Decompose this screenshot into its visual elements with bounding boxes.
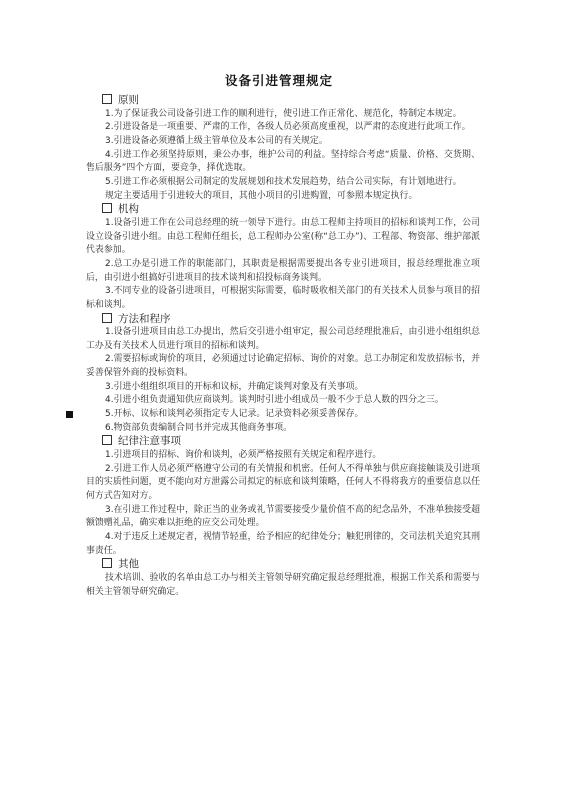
paragraph: 2.引进工作人员必须严格遵守公司的有关情报和机密。任何人不得单独与供应商接触谈及… <box>86 463 480 504</box>
checkbox-icon <box>102 203 112 213</box>
document-page: 设备引进管理规定 原则 1.为了保证我公司设备引进工作的顺利进行，使引进工作正常… <box>86 68 480 599</box>
paragraph: 3.引进小组组织项目的开标和议标，并确定谈判对象及有关事项。 <box>86 381 480 395</box>
section-methods: 方法和程序 1.设备引进项目由总工办提出，然后交引进小组审定，报公司总经理批准后… <box>86 313 480 436</box>
paragraph: 1.设备引进项目由总工办提出，然后交引进小组审定，报公司总经理批准后，由引进小组… <box>86 326 480 353</box>
paragraph: 6.物资部负责编制合同书并完成其他商务事项。 <box>86 422 480 436</box>
section-heading-text: 机构 <box>118 203 139 215</box>
section-discipline: 纪律注意事项 1.引进项目的招标、询价和谈判，必须严格按照有关规定和程序进行。 … <box>86 435 480 558</box>
section-heading-text: 纪律注意事项 <box>118 435 181 447</box>
checkbox-icon <box>102 313 112 323</box>
section-heading-text: 其他 <box>118 558 139 570</box>
paragraph: 1.引进项目的招标、询价和谈判，必须严格按照有关规定和程序进行。 <box>86 449 480 463</box>
section-heading-text: 方法和程序 <box>118 313 171 325</box>
paragraph: 5.引进工作必须根据公司制定的发展规划和技术发展趋势，结合公司实际，有计划地进行… <box>86 176 480 190</box>
section-heading: 其他 <box>86 558 480 572</box>
paragraph: 2.需要招标或询价的项目，必须通过讨论确定招标、询价的对象。总工办制定和发放招标… <box>86 353 480 380</box>
section-heading: 纪律注意事项 <box>86 435 480 449</box>
paragraph-marked: 5.开标、议标和谈判必须指定专人记录。记录资料必须妥善保存。 <box>86 408 480 422</box>
paragraph: 4.引进小组负责通知供应商谈判。谈判时引进小组成员一般不少于总人数的四分之三。 <box>86 394 480 408</box>
section-heading: 方法和程序 <box>86 313 480 327</box>
paragraph: 1.设备引进工作在公司总经理的统一领导下进行。由总工程师主持项目的招标和谈判工作… <box>86 217 480 258</box>
paragraph: 2.引进设备是一项重要、严肃的工作，各级人员必须高度重视，以严肃的态度进行此项工… <box>86 121 480 135</box>
paragraph-text: 5.开标、议标和谈判必须指定专人记录。记录资料必须妥善保存。 <box>105 409 363 419</box>
paragraph: 技术培训、验收的名单由总工办与相关主管领导研究确定报总经理批准，根据工作关系和需… <box>86 572 480 599</box>
paragraph: 1.为了保证我公司设备引进工作的顺利进行，使引进工作正常化、规范化，特制定本规定… <box>86 108 480 122</box>
black-square-bullet-icon <box>66 411 73 418</box>
paragraph: 2.总工办是引进工作的职能部门，其职责是根据需要提出各专业引进项目，报总经理批准… <box>86 258 480 285</box>
paragraph: 3.引进设备必须遵循上级主管单位及本公司的有关规定。 <box>86 135 480 149</box>
section-heading: 原则 <box>86 94 480 108</box>
paragraph: 4.对于违反上述规定者，视情节轻重，给予相应的纪律处分；触犯刑律的，交司法机关追… <box>86 531 480 558</box>
section-organization: 机构 1.设备引进工作在公司总经理的统一领导下进行。由总工程师主持项目的招标和谈… <box>86 203 480 312</box>
paragraph: 4.引进工作必须坚持原则，秉公办事，维护公司的利益。坚持综合考虑“质量、价格、交… <box>86 149 480 176</box>
section-other: 其他 技术培训、验收的名单由总工办与相关主管领导研究确定报总经理批准，根据工作关… <box>86 558 480 599</box>
paragraph: 3.不同专业的设备引进项目，可根据实际需要，临时吸收相关部门的有关技术人员参与项… <box>86 285 480 312</box>
checkbox-icon <box>102 435 112 445</box>
section-heading: 机构 <box>86 203 480 217</box>
checkbox-icon <box>102 94 112 104</box>
section-heading-text: 原则 <box>118 94 139 106</box>
paragraph: 3.在引进工作过程中，除正当的业务或礼节需要接受少量价值不高的纪念品外，不准单独… <box>86 504 480 531</box>
paragraph: 规定主要适用于引进较大的项目，其他小项目的引进购置，可参照本规定执行。 <box>86 190 480 204</box>
checkbox-icon <box>102 558 112 568</box>
section-principles: 原则 1.为了保证我公司设备引进工作的顺利进行，使引进工作正常化、规范化，特制定… <box>86 94 480 203</box>
document-title: 设备引进管理规定 <box>78 68 480 94</box>
